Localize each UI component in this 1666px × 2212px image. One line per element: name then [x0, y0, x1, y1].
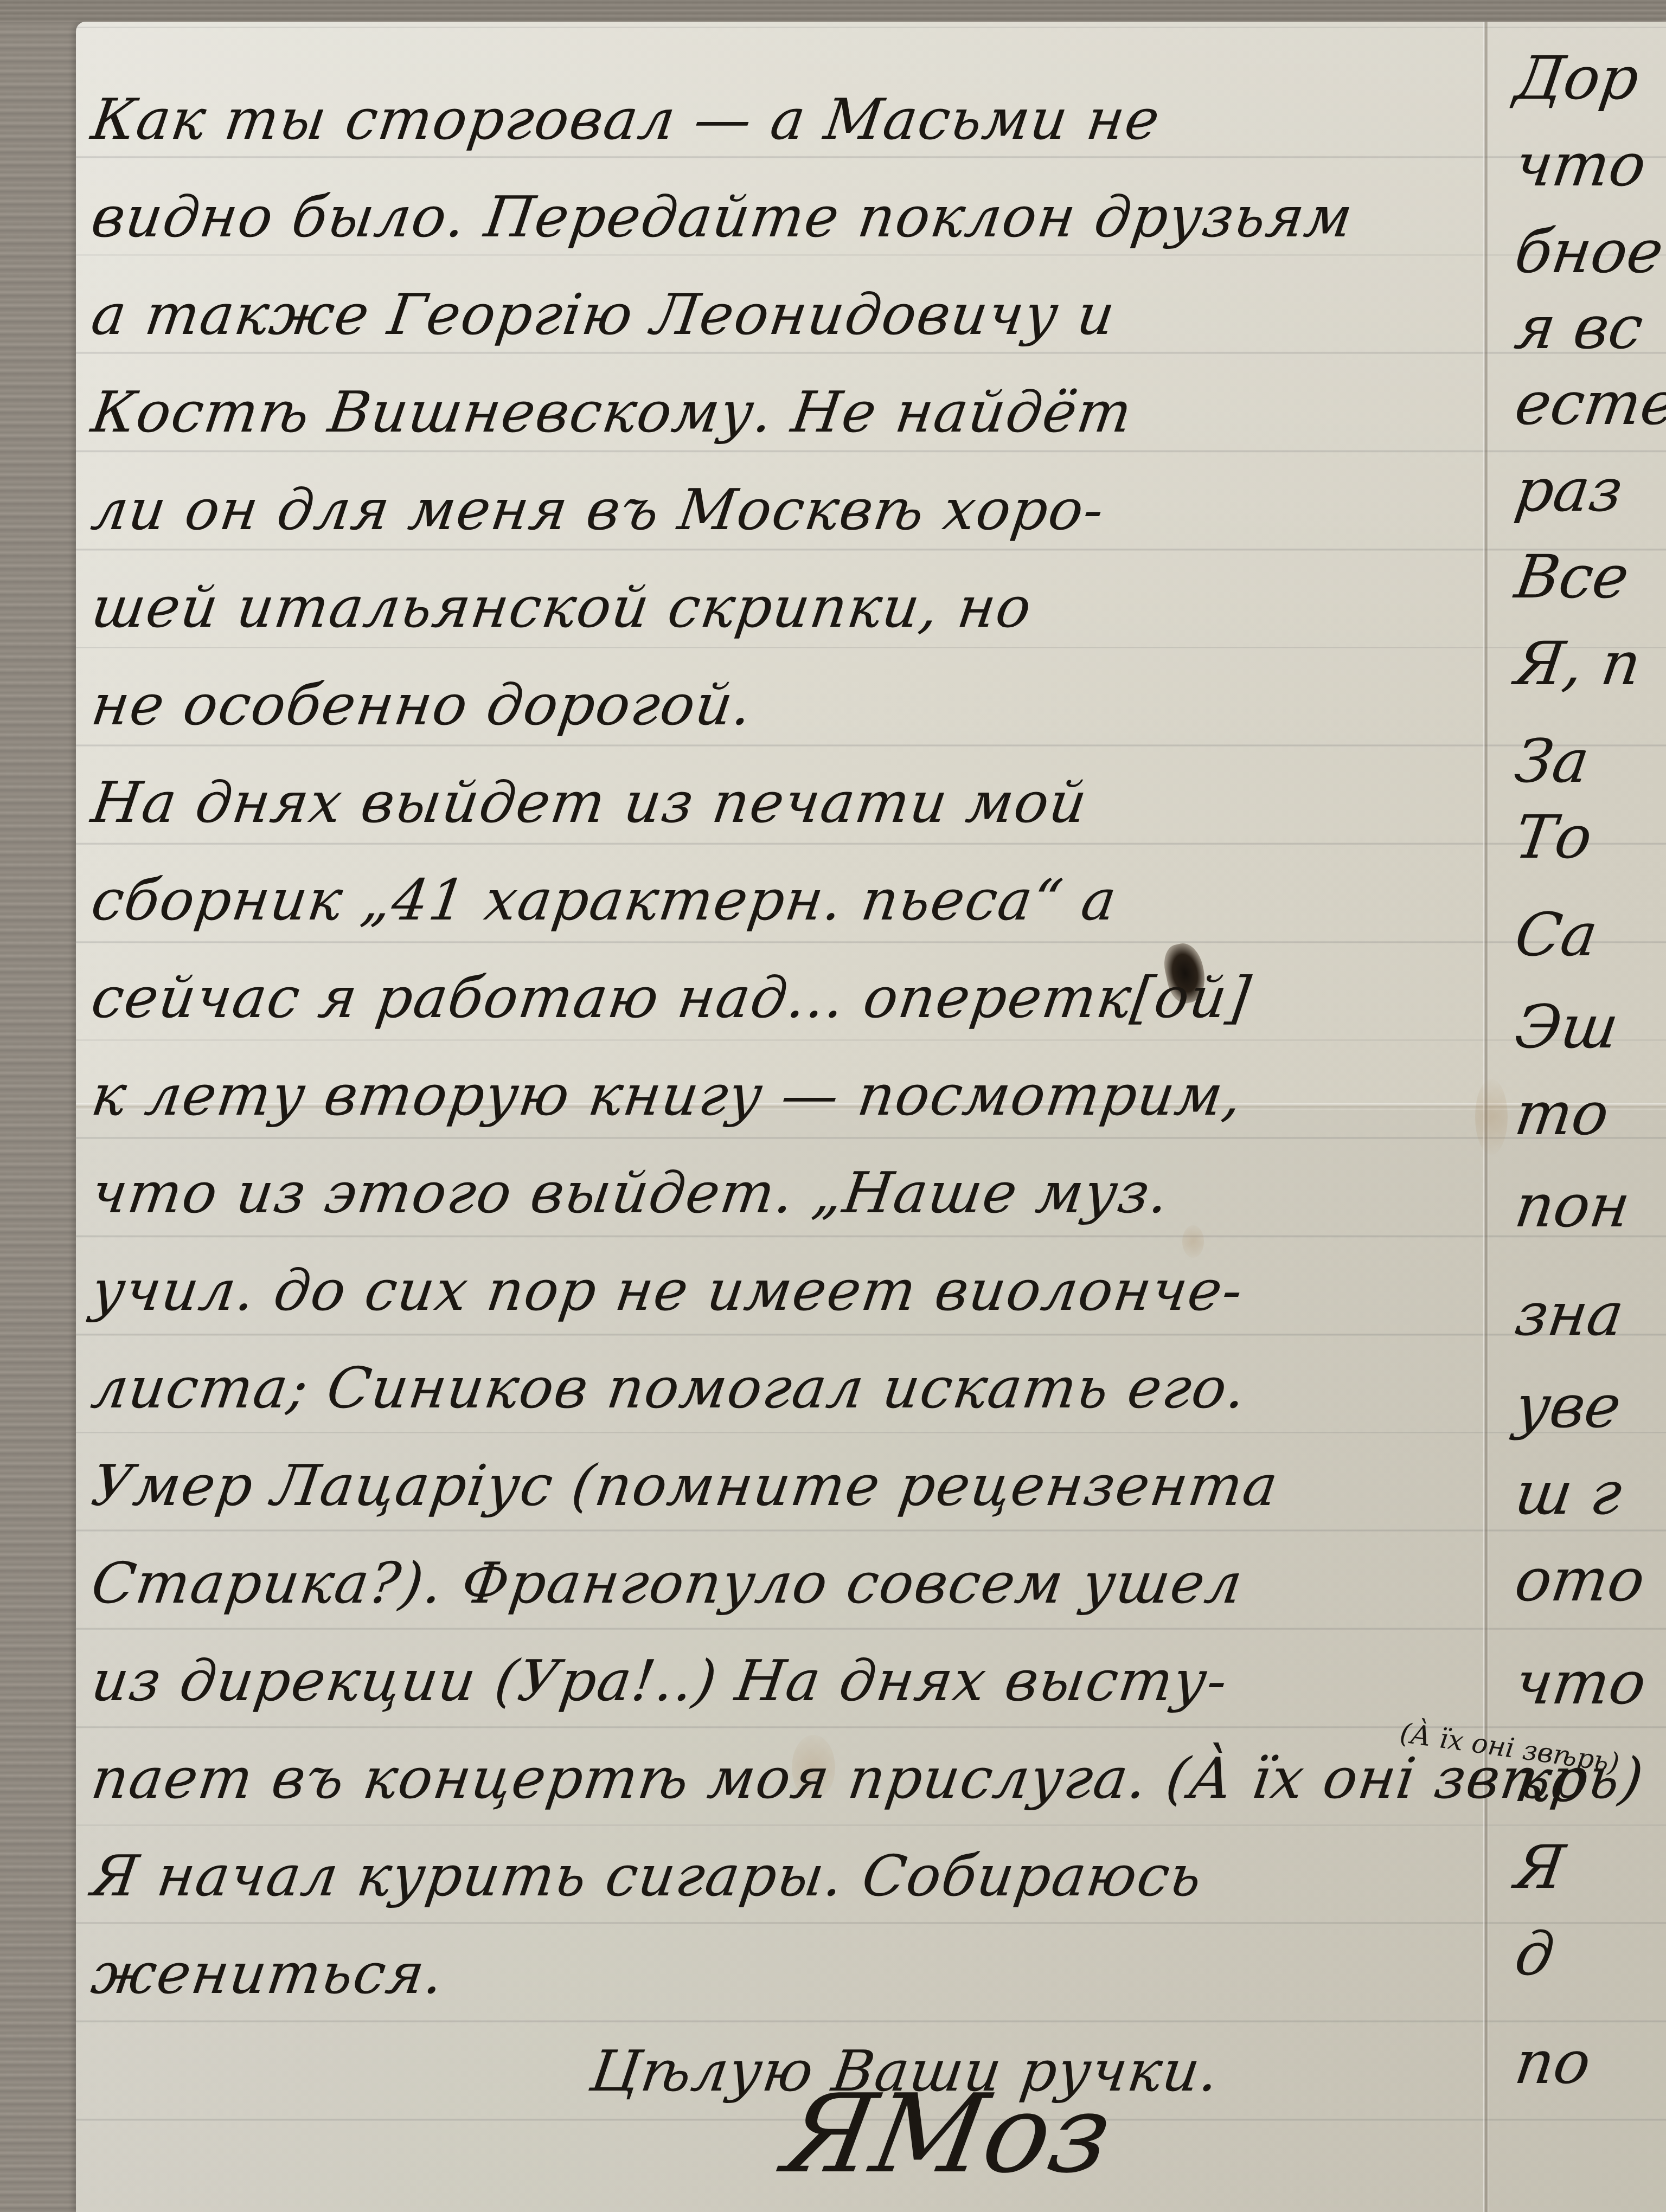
page2-fragment: уве	[1511, 1372, 1625, 1441]
page2-fragment: д	[1511, 1919, 1559, 1989]
page2-fragment: Я	[1511, 1832, 1569, 1902]
page2-fragment: пон	[1511, 1171, 1635, 1240]
second-page-fragment: Дор что бное я вс есте раз Все Я, п За Т…	[1494, 22, 1666, 2212]
photo-scene: Как ты сторговал — а Масьми не видно был…	[0, 0, 1666, 2212]
signature: ЯМоз	[775, 2071, 1120, 2197]
letter-line: жениться.	[85, 1925, 1487, 2022]
page2-fragment: Са	[1511, 900, 1602, 969]
letter-line: учил. до сих пор не имеет виолонче-	[85, 1242, 1487, 1339]
letter-line: сейчас я работаю над... оперетк[ой]	[85, 949, 1487, 1046]
letter-line: видно было. Передайте поклон друзьям	[85, 168, 1487, 266]
page2-fragment: За	[1511, 726, 1593, 796]
page2-fragment: То	[1511, 802, 1597, 872]
letter-line: шей итальянской скрипки, но	[85, 558, 1487, 656]
letter-line: Как ты сторговал — а Масьми не	[85, 70, 1487, 168]
letter-line: пает въ концертѣ моя прислуга. (А̀ їх он…	[85, 1729, 1487, 1827]
letter-line: Я начал курить сигары. Собираюсь	[85, 1827, 1487, 1925]
letter-line: сборник „41 характерн. пьеса“ а	[85, 851, 1487, 949]
page2-fragment: бное	[1511, 217, 1666, 286]
letter-line: не особенно дорогой.	[85, 656, 1487, 754]
page2-fragment: раз	[1511, 455, 1627, 525]
letter-line: что из этого выйдет. „Наше муз.	[85, 1144, 1487, 1242]
page2-fragment: что	[1511, 1648, 1650, 1718]
page2-fragment: Я, п	[1511, 629, 1645, 698]
page2-fragment: зна	[1511, 1279, 1628, 1349]
letter-closing: Цѣлую Ваши ручки.	[85, 2022, 1487, 2120]
page2-fragment: Дор	[1511, 43, 1643, 113]
page2-fragment: есте	[1511, 369, 1666, 438]
page2-fragment: Эш	[1511, 992, 1623, 1062]
letter-line: Умер Лацаріус (помните рецензента	[85, 1437, 1487, 1534]
letter-body: Как ты сторговал — а Масьми не видно был…	[92, 70, 1481, 2120]
page2-fragment: по	[1511, 2028, 1595, 2097]
letter-line: Костѣ Вишневскому. Не найдёт	[85, 363, 1487, 461]
page2-fragment: Все	[1511, 542, 1633, 612]
page2-fragment: что	[1511, 130, 1650, 200]
page2-fragment: то	[1511, 1079, 1613, 1148]
letter-line: из дирекции (Ура!..) На днях высту-	[85, 1632, 1487, 1729]
letter-line: листа; Сиников помогал искать его.	[85, 1339, 1487, 1437]
letter-line: а также Георгію Леонидовичу и	[85, 266, 1487, 363]
page2-fragment: ото	[1511, 1545, 1649, 1615]
letter-line: На днях выйдет из печати мой	[85, 754, 1487, 851]
wood-table-background	[0, 0, 1666, 22]
letter-line: ли он для меня въ Москвѣ хоро-	[85, 461, 1487, 558]
letter-line: Старика?). Франгопуло совсем ушел	[85, 1534, 1487, 1632]
page2-fragment: ш г	[1511, 1458, 1626, 1528]
letter-paper: Как ты сторговал — а Масьми не видно был…	[76, 22, 1666, 2212]
letter-line: к лету вторую книгу — посмотрим,	[85, 1046, 1487, 1144]
page2-fragment: я вс	[1511, 293, 1647, 362]
